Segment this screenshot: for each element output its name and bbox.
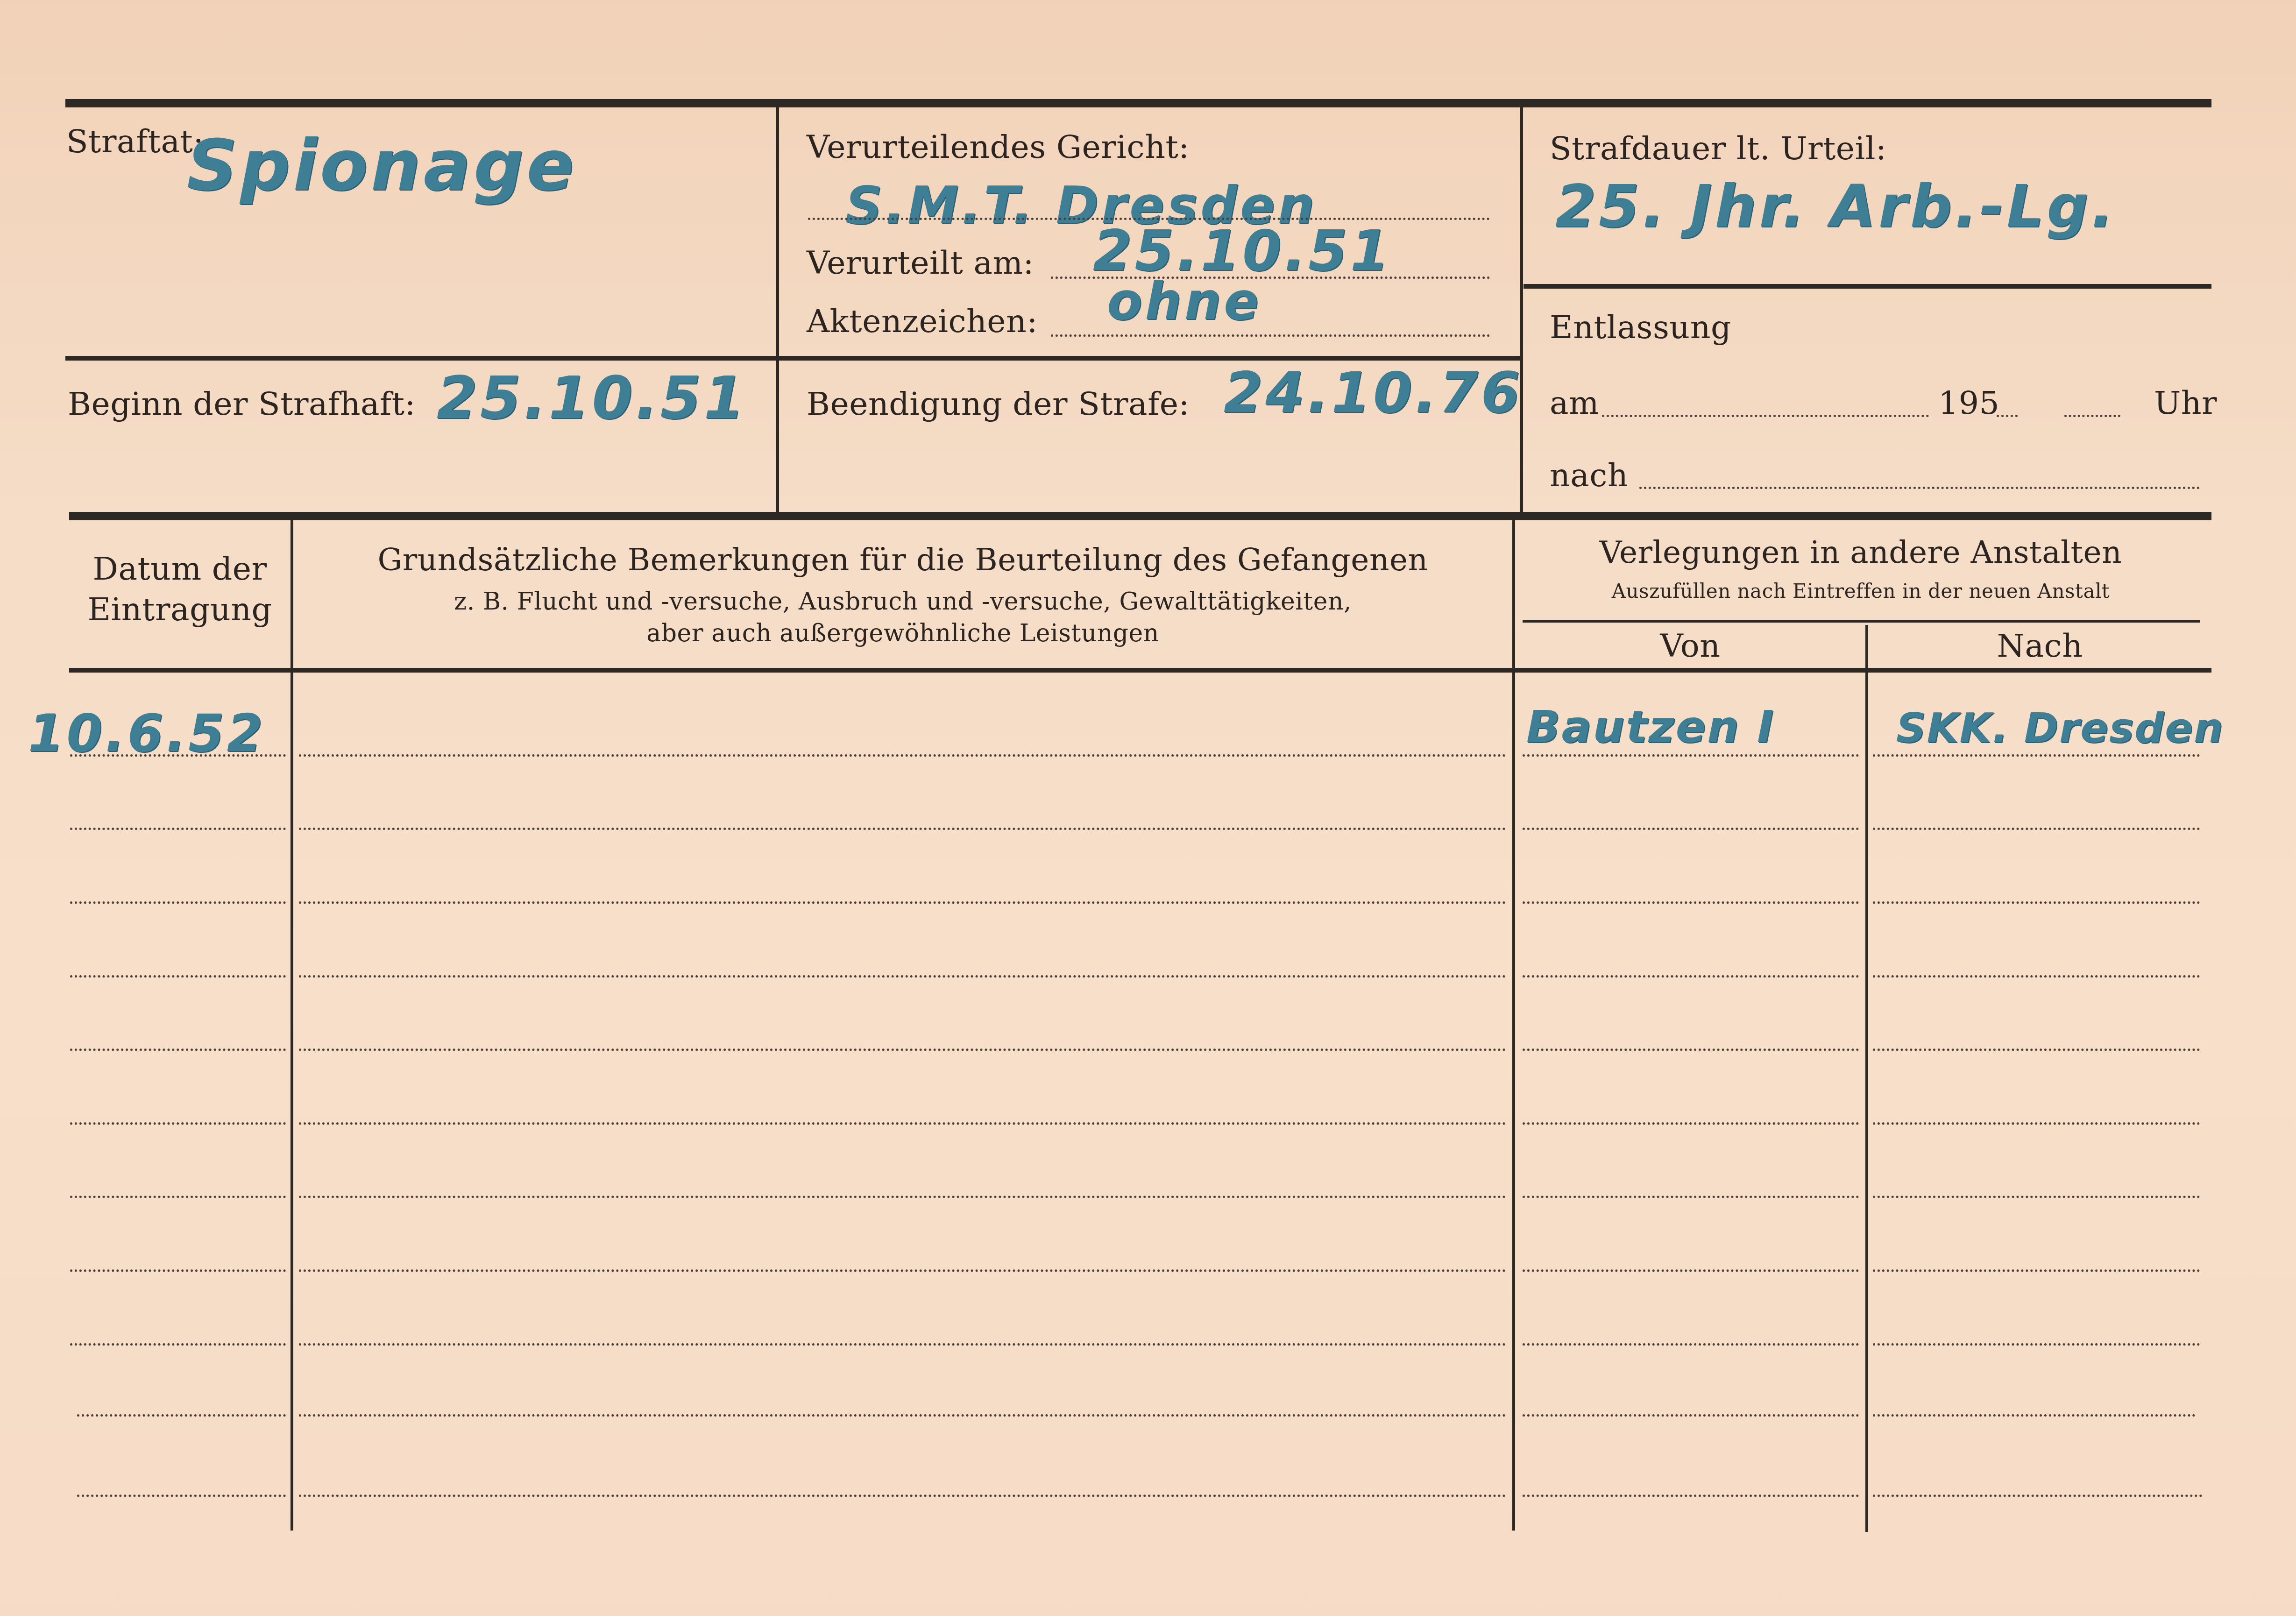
row-line-datum bbox=[77, 1414, 286, 1417]
col-divider-bemerkungen bbox=[1512, 519, 1515, 1531]
header-datum-line2: Eintragung bbox=[70, 594, 290, 626]
row-line-datum bbox=[70, 1269, 286, 1272]
row-line-datum bbox=[70, 1049, 286, 1051]
beginn-label: Beginn der Strafhaft: bbox=[68, 389, 416, 420]
entlassung-uhr-label: Uhr bbox=[2154, 388, 2217, 419]
row-line-bemerkung bbox=[299, 828, 1506, 830]
strafdauer-value[interactable]: 25. Jhr. Arb.-Lg. bbox=[1555, 177, 2116, 236]
row-line-nach bbox=[1873, 828, 2200, 830]
row-line-nach bbox=[1873, 1196, 2200, 1198]
header-bemerkungen-title: Grundsätzliche Bemerkungen für die Beurt… bbox=[293, 545, 1512, 575]
row-line-von bbox=[1523, 1343, 1859, 1346]
table-header-bottom-rule bbox=[69, 668, 2211, 673]
row-line-nach bbox=[1873, 901, 2200, 904]
top-rule bbox=[65, 99, 2211, 107]
row-line-von bbox=[1523, 901, 1859, 904]
row-line-von bbox=[1523, 1495, 1859, 1497]
beendigung-value[interactable]: 24.10.76 bbox=[1224, 365, 1523, 421]
entlassung-nach-dotted-line[interactable] bbox=[1639, 487, 2200, 489]
row-line-nach bbox=[1873, 1343, 2200, 1346]
rule-left-mid bbox=[65, 356, 1522, 361]
row-line-datum bbox=[77, 1495, 286, 1497]
row-line-datum bbox=[70, 1343, 286, 1346]
row-line-nach bbox=[1873, 1122, 2200, 1125]
gericht-label: Verurteilendes Gericht: bbox=[807, 132, 1190, 163]
row-line-datum bbox=[70, 1196, 286, 1198]
entlassung-title: Entlassung bbox=[1550, 312, 1731, 344]
row-line-bemerkung bbox=[299, 1495, 1506, 1497]
strafdauer-label: Strafdauer lt. Urteil: bbox=[1550, 133, 1886, 165]
verurteilt-label: Verurteilt am: bbox=[807, 248, 1034, 279]
row-line-nach bbox=[1873, 1049, 2200, 1051]
straftat-label: Straftat: bbox=[66, 126, 204, 158]
row-line-datum bbox=[70, 975, 286, 978]
verlegungen-sub-rule bbox=[1523, 620, 2200, 623]
row-line-von bbox=[1523, 828, 1859, 830]
row-line-bemerkung bbox=[299, 901, 1506, 904]
col-divider-datum bbox=[291, 519, 293, 1531]
row-line-nach bbox=[1873, 754, 2200, 757]
header-bemerkungen-line2: z. B. Flucht und -versuche, Ausbruch und… bbox=[293, 589, 1512, 614]
row-line-bemerkung bbox=[299, 1343, 1506, 1346]
row-line-von bbox=[1523, 975, 1859, 978]
entlassung-am-dotted-line[interactable] bbox=[1602, 415, 1929, 417]
row-line-nach bbox=[1873, 975, 2200, 978]
aktenzeichen-dotted-line bbox=[1051, 334, 1490, 337]
row-line-von bbox=[1523, 1196, 1859, 1198]
row-line-nach bbox=[1873, 1495, 2202, 1497]
entlassung-nach-label: nach bbox=[1550, 460, 1628, 492]
beendigung-label: Beendigung der Strafe: bbox=[807, 389, 1190, 420]
entlassung-year-prefix: 195 bbox=[1938, 388, 1999, 419]
header-von: Von bbox=[1515, 631, 1865, 662]
row-line-datum bbox=[70, 828, 286, 830]
row-line-bemerkung bbox=[299, 1122, 1506, 1125]
col-divider-von-nach bbox=[1865, 625, 1868, 1532]
row-line-bemerkung bbox=[299, 754, 1506, 757]
row-nach-value[interactable]: SKK. Dresden bbox=[1896, 708, 2224, 749]
row-von-value[interactable]: Bautzen I bbox=[1526, 705, 1775, 750]
row-line-datum bbox=[70, 754, 286, 757]
divider-v-2 bbox=[1520, 106, 1523, 513]
row-line-von bbox=[1523, 754, 1859, 757]
beginn-value[interactable]: 25.10.51 bbox=[437, 369, 747, 427]
header-nach: Nach bbox=[1868, 631, 2211, 662]
row-line-bemerkung bbox=[299, 1049, 1506, 1051]
row-line-von bbox=[1523, 1122, 1859, 1125]
divider-v-1 bbox=[776, 106, 779, 513]
row-line-von bbox=[1523, 1269, 1859, 1272]
header-bemerkungen-line3: aber auch außergewöhnliche Leistungen bbox=[293, 621, 1512, 645]
row-line-bemerkung bbox=[299, 975, 1506, 978]
rule-right-mid bbox=[1524, 284, 2211, 289]
row-line-nach bbox=[1873, 1414, 2195, 1417]
entlassung-am-label: am bbox=[1550, 388, 1599, 419]
header-datum-line1: Datum der bbox=[70, 553, 290, 585]
row-line-nach bbox=[1873, 1269, 2200, 1272]
row-line-bemerkung bbox=[299, 1269, 1506, 1272]
row-datum-value[interactable]: 10.6.52 bbox=[28, 708, 265, 759]
row-line-von bbox=[1523, 1049, 1859, 1051]
row-line-bemerkung bbox=[299, 1414, 1506, 1417]
row-line-datum bbox=[70, 1122, 286, 1125]
row-line-datum bbox=[70, 901, 286, 904]
header-verlegungen-title: Verlegungen in andere Anstalten bbox=[1515, 537, 2206, 568]
straftat-value[interactable]: Spionage bbox=[187, 131, 577, 201]
row-line-bemerkung bbox=[299, 1196, 1506, 1198]
verurteilt-value[interactable]: 25.10.51 bbox=[1093, 223, 1392, 279]
table-top-rule bbox=[69, 512, 2211, 520]
aktenzeichen-label: Aktenzeichen: bbox=[807, 306, 1038, 338]
entlassung-time-dotted-line[interactable] bbox=[2064, 415, 2120, 417]
header-verlegungen-subtitle: Auszufüllen nach Eintreffen in der neuen… bbox=[1515, 581, 2206, 601]
aktenzeichen-value[interactable]: ohne bbox=[1107, 276, 1261, 327]
row-line-von bbox=[1523, 1414, 1859, 1417]
entlassung-year-dotted-line[interactable] bbox=[1997, 415, 2018, 417]
